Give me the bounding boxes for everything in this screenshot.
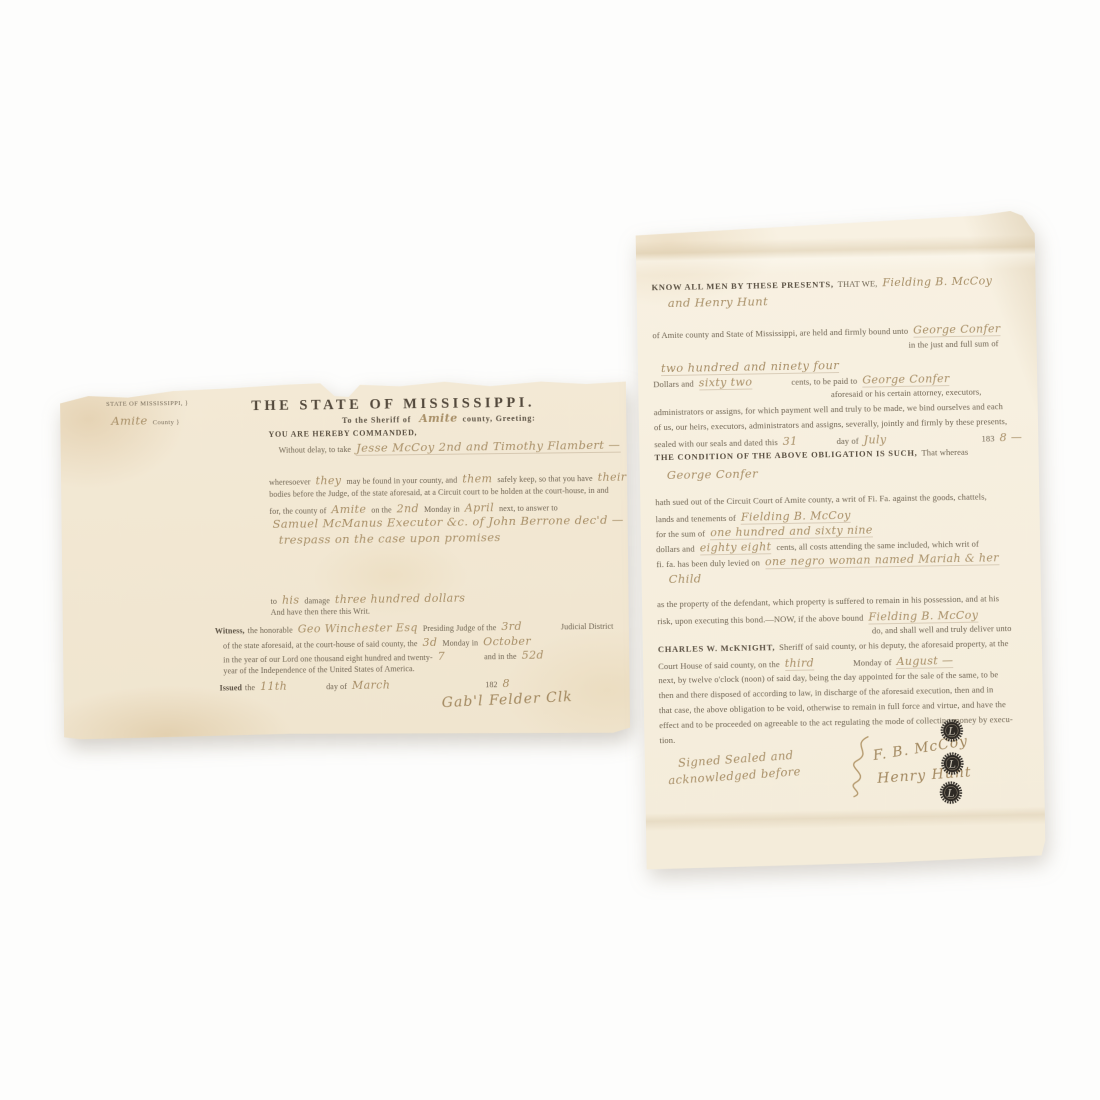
bond-line-hath-sued: hath sued out of the Circuit Court of Am… (655, 492, 1024, 508)
wax-seal-1: L (940, 719, 963, 742)
writ-handwritten-line-1: Samuel McManus Executor &c. of John Berr… (268, 514, 613, 531)
writ-paper-sheet: STATE OF MISSISSIPPI, } AmiteCounty } TH… (60, 377, 630, 740)
text-segment: the (245, 683, 255, 692)
writ-corner-caption: STATE OF MISSISSIPPI, } AmiteCounty } (106, 398, 189, 431)
bond-line-disposed: then and there disposed of according to … (659, 685, 1028, 701)
text-segment: that case, the above obligation to be vo… (659, 699, 1006, 715)
writ-document: STATE OF MISSISSIPPI, } AmiteCounty } TH… (60, 377, 630, 740)
text-segment: 8 — (999, 431, 1022, 444)
text-segment: Monday of (853, 657, 892, 668)
bond-line-property: as the property of the defendant, which … (657, 594, 1026, 610)
text-segment: third (785, 656, 815, 671)
text-segment: July (864, 433, 887, 446)
text-segment: Fielding B. McCoy (868, 609, 978, 625)
bond-line-obligors: and Henry Hunt (663, 291, 1021, 310)
text-segment: their (598, 471, 627, 484)
text-segment: 8 (503, 677, 511, 690)
text-segment: 11th (260, 680, 287, 693)
text-segment: risk, upon executing this bond.—NOW, if … (657, 613, 863, 627)
text-segment (803, 444, 837, 445)
writ-body-line-2: bodies before the Judge, of the state af… (269, 487, 612, 500)
text-segment: Jesse McCoy 2nd and Timothy Flambert — (356, 438, 620, 456)
text-segment: may be found in your county, and (346, 476, 457, 486)
text-segment: George Confer (913, 322, 1001, 338)
text-segment: they (316, 474, 342, 487)
text-segment: safely keep, so that you have (497, 474, 592, 484)
text-segment (757, 385, 791, 386)
text-segment: Sheriff of said county, or his deputy, t… (779, 638, 1008, 652)
text-segment: to (270, 597, 277, 606)
bond-line-plaintiff: George Confer (662, 463, 1024, 482)
text-segment: To the Sheriff of (342, 415, 411, 425)
text-segment: March (352, 678, 390, 691)
text-segment: lands and tenements of (656, 513, 737, 524)
text-segment: Presiding Judge of the (423, 623, 497, 633)
text-segment: next, by twelve o'clock (noon) of said d… (658, 669, 998, 685)
auction-photo-of-documents: STATE OF MISSISSIPPI, } AmiteCounty } TH… (0, 0, 1100, 1100)
text-segment: Child (669, 571, 702, 586)
text-segment: bodies before the Judge, of the state af… (269, 486, 609, 499)
text-segment: 31 (783, 435, 798, 448)
text-segment: KNOW ALL MEN BY THESE PRESENTS, (651, 279, 833, 292)
text-segment: And have then there this Writ. (271, 607, 371, 617)
text-segment: Fielding B. McCoy (882, 274, 992, 289)
text-segment: damage (304, 596, 330, 605)
text-segment: 2nd (397, 502, 419, 515)
writ-handwritten-line-2: trespass on the case upon promises (274, 530, 613, 547)
text-segment: his (282, 594, 300, 607)
text-segment: for, the county of (269, 506, 326, 516)
text-segment: three hundred dollars (335, 592, 466, 607)
bond-line-child: Child (664, 567, 1026, 586)
text-segment: and Henry Hunt (668, 294, 768, 310)
text-segment: 182 (485, 680, 497, 689)
text-segment: Monday in (424, 505, 460, 514)
text-segment: day of (837, 436, 859, 446)
bond-line-void: that case, the above obligation to be vo… (659, 700, 1028, 716)
text-segment: on the (371, 505, 391, 514)
text-segment: cents, all costs attending the same incl… (776, 539, 979, 553)
text-segment: them (462, 472, 492, 485)
bond-paper-sheet: KNOW ALL MEN BY THESE PRESENTS,THAT WE,F… (635, 211, 1045, 870)
text-segment: the honorable (248, 626, 293, 636)
writ-take-line: Without delay, to takeJesse McCoy 2nd an… (279, 439, 612, 456)
text-segment: October (483, 635, 531, 649)
text-segment: in the year of our Lord one thousand eig… (223, 653, 433, 665)
writ-sheriff-line: To the Sheriff ofAmitecounty, Greeting: (310, 411, 570, 426)
text-segment: as the property of the defendant, which … (657, 593, 999, 609)
text-segment: of Amite county and State of Mississippi… (652, 326, 908, 340)
bond-line-full-sum: in the just and full sum of (653, 339, 999, 354)
text-segment: Court House of said county, on the (658, 659, 780, 671)
text-segment: Amite (331, 503, 366, 516)
writ-clerk-signature: Gab'l Felder Clk (441, 689, 573, 711)
bond-line-noon: next, by twelve o'clock (noon) of said d… (658, 670, 1027, 686)
text-segment: 7 (438, 650, 446, 663)
bond-document: KNOW ALL MEN BY THESE PRESENTS,THAT WE,F… (635, 211, 1045, 870)
writ-corner-state: STATE OF MISSISSIPPI, } (106, 398, 188, 411)
text-segment: of the state aforesaid, at the court-hou… (223, 639, 418, 650)
writ-corner-county: AmiteCounty } (106, 410, 188, 432)
text-segment: 3rd (501, 620, 522, 633)
text-segment: Fielding B. McCoy (741, 509, 851, 525)
text-segment: cents, to be paid to (791, 376, 857, 387)
text-segment: trespass on the case upon promises (279, 530, 501, 547)
bond-line-administrators: administrators or assigns, for which pay… (654, 402, 1023, 418)
text-segment: two hundred and ninety four (661, 358, 839, 376)
text-segment: one negro woman named Mariah & her (765, 551, 999, 569)
seal-monogram: L (948, 758, 956, 770)
text-segment: of us, our heirs, executors, administrat… (654, 416, 1007, 432)
text-segment: fi. fa. has been duly levied on (656, 557, 760, 569)
text-segment: THE CONDITION OF THE ABOVE OBLIGATION IS… (654, 448, 917, 463)
text-segment: 183 (981, 433, 994, 443)
text-segment: next, to answer to (499, 503, 558, 513)
text-segment: eighty eight (700, 540, 772, 555)
text-segment: hath sued out of the Circuit Court of Am… (655, 491, 987, 507)
text-segment: do, and shall well and truly deliver unt… (872, 623, 1012, 635)
text-segment: That whereas (921, 447, 968, 458)
text-segment: CHARLES W. McKNIGHT, (658, 642, 775, 654)
text-segment: in the just and full sum of (908, 338, 998, 350)
text-segment: Amite (111, 413, 147, 427)
seal-monogram: L (947, 725, 955, 737)
text-segment: Witness, (215, 626, 245, 635)
text-segment: George Confer (667, 466, 758, 482)
wax-seal-2: L (941, 752, 964, 775)
text-segment: and in the (484, 652, 517, 661)
text-segment: THAT WE, (838, 278, 878, 289)
text-segment: dollars and (656, 544, 695, 555)
text-segment (395, 687, 485, 688)
text-segment (892, 442, 982, 444)
wax-seal-3: L (939, 781, 962, 804)
writ-writ-line: And have then there this Writ. (271, 605, 614, 618)
text-segment: 3d (422, 636, 437, 649)
bond-line-effect: effect and to be proceeded on agreeable … (659, 715, 1028, 731)
signature-flourish (846, 734, 873, 798)
text-segment: one hundred and sixty nine (710, 523, 873, 540)
text-segment: Dollars and (653, 379, 694, 390)
bond-line-know-all-men: KNOW ALL MEN BY THESE PRESENTS,THAT WE,F… (651, 275, 1020, 294)
text-segment: wheresoever (269, 477, 311, 487)
text-segment: Without delay, to take (279, 445, 352, 455)
text-segment: aforesaid or his certain attorney, execu… (831, 387, 982, 400)
text-segment (819, 666, 853, 667)
text-segment: George Confer (862, 372, 950, 388)
text-segment: Judicial District (561, 622, 614, 632)
text-segment: August — (896, 654, 953, 669)
text-segment: sixty two (699, 376, 753, 391)
text-segment: Amite (419, 412, 458, 425)
text-segment: sealed with our seals and dated this (654, 437, 778, 449)
text-segment: Geo Winchester Esq (298, 621, 418, 635)
text-segment: Monday in (442, 638, 478, 647)
text-segment: April (465, 501, 494, 514)
text-segment: County } (153, 419, 180, 426)
text-segment: 52d (522, 649, 544, 662)
text-segment: Issued (220, 683, 242, 692)
text-segment: county, Greeting: (463, 414, 536, 424)
text-segment: administrators or assigns, for which pay… (654, 401, 1003, 417)
text-segment: YOU ARE HEREBY COMMANDED, (268, 428, 417, 439)
text-segment: year of the Independence of the United S… (223, 664, 415, 675)
writ-witness-line-1: Witness,the honorableGeo Winchester EsqP… (215, 620, 614, 637)
text-segment: then and there disposed of according to … (659, 684, 994, 700)
seal-monogram: L (946, 787, 954, 799)
text-segment: tion. (659, 735, 675, 745)
bond-line-mcknight: CHARLES W. McKNIGHT,Sheriff of said coun… (658, 639, 1027, 655)
text-segment: day of (326, 682, 347, 691)
bond-line-heirs: of us, our heirs, executors, administrat… (654, 417, 1023, 433)
text-segment: for the sum of (656, 528, 705, 539)
